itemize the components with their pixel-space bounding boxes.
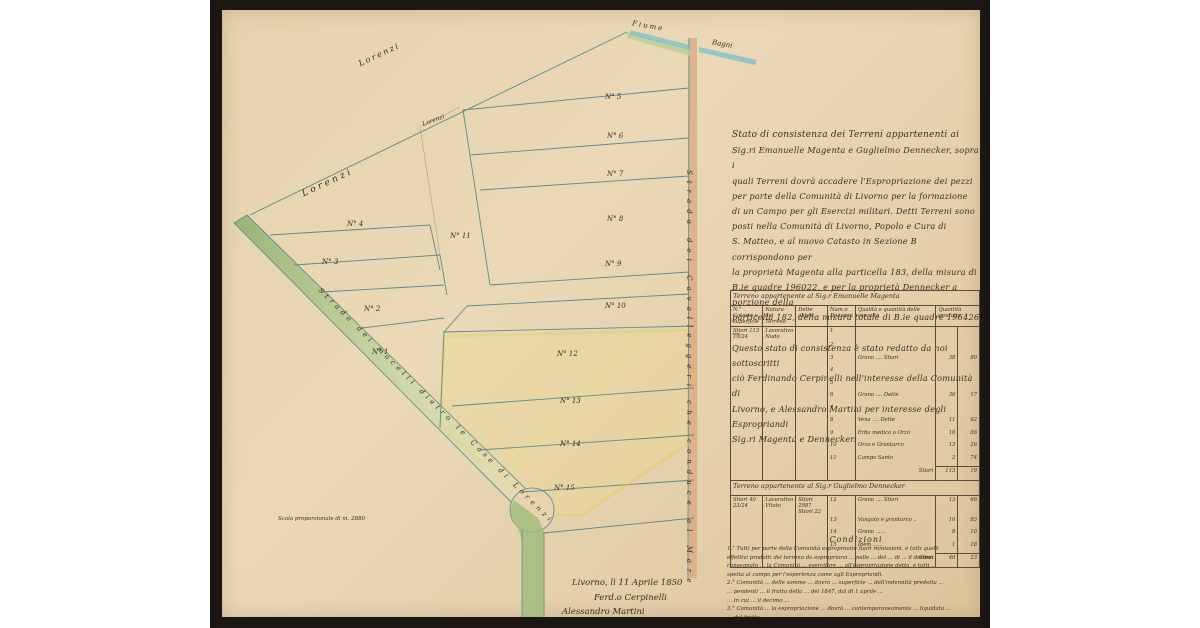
cell-d: 17 xyxy=(958,391,980,404)
property-register-table: Terreno appartenente al Sig.r Emanuelle … xyxy=(730,290,980,568)
description-line: per parte della Comunità di Livorno per … xyxy=(732,189,980,204)
parcel-label: N° 11 xyxy=(450,232,471,240)
col-header: N.° Catasto e superficie xyxy=(731,306,763,327)
cell-natura: Lavorativo Vitato xyxy=(763,495,796,516)
cell-catasto: Stiori 113 19/24 xyxy=(731,327,763,342)
total-d: 19 xyxy=(958,467,980,481)
condition-line: consegnato ... la Comunità ... esercitar… xyxy=(727,562,980,571)
cell-d: 86 xyxy=(958,429,980,442)
parcel-label: N° 4 xyxy=(347,220,363,228)
cell-n: 9 xyxy=(828,429,856,442)
condition-line: 3.° Comunità ... la espropriazione ... d… xyxy=(727,605,980,614)
description-line: posti nella Comunità di Livorno, Popolo … xyxy=(732,219,980,234)
cell-v: 16 xyxy=(936,516,958,529)
cell-n: 3 xyxy=(828,354,856,367)
condition-line: 2.° Comunità ... delle somme ... dovrà .… xyxy=(727,579,980,588)
cell-q: Vangato e granturco .. xyxy=(855,516,936,529)
cell-n: 12 xyxy=(828,495,856,516)
conditions-block: Condizioni 1.° Tutti per parte della Com… xyxy=(727,535,980,617)
parcel-label: N° 13 xyxy=(560,397,581,405)
cell-n: 2 xyxy=(828,341,856,354)
parcel-label: N° 1 xyxy=(372,348,388,356)
parcel-label: N° 14 xyxy=(560,440,581,448)
parcel-label: N° 9 xyxy=(605,260,621,268)
description-line: S. Matteo, e al nuovo Catasto in Sezione… xyxy=(732,234,980,264)
cell-d: 26 xyxy=(958,441,980,454)
cell-n: 6 xyxy=(828,391,856,404)
signature-1: Ferd.o Cerpinelli xyxy=(594,593,667,603)
map-sheet: Lorenzi Lorenzi Lorenzi Fiume Bagni Stra… xyxy=(222,10,980,617)
description-line: Sig.ri Emanuelle Magenta e Guglielmo Den… xyxy=(732,143,980,173)
cell-v: 11 xyxy=(936,416,958,429)
condition-line: effettivi prodotti del terreno da esprop… xyxy=(727,554,980,563)
col-header: Dette abbre... xyxy=(796,306,828,327)
condition-line: spetta al campo per l'esperienza come ag… xyxy=(727,571,980,580)
parcel-label: N° 3 xyxy=(322,258,338,266)
cell-d: 66 xyxy=(958,495,980,516)
parcel-label: N° 5 xyxy=(605,93,621,101)
cell-d: 83 xyxy=(958,516,980,529)
cell-d: 80 xyxy=(958,354,980,367)
register-banner-1: Terreno appartenente al Sig.r Emanuelle … xyxy=(731,291,980,306)
total-label: Stiori xyxy=(855,467,936,481)
col-header: Qualità e quantità delle raccolte xyxy=(855,306,936,327)
description-line: la proprietà Magenta alla particella 183… xyxy=(732,265,980,280)
cell-d: 62 xyxy=(958,416,980,429)
parcel-label: N° 10 xyxy=(605,302,626,310)
cell-n: 11 xyxy=(828,454,856,467)
label-road-vertical: Strada dei Cavalleggeri che conduce al M… xyxy=(685,170,693,588)
description-line: quali Terreni dovrà accadere l'Espropria… xyxy=(732,174,980,189)
scale-note: Scala proporzionale di m. 2880 xyxy=(278,516,365,522)
place-date: Livorno, lì 11 Aprile 1850 xyxy=(572,578,682,588)
cell-q: Campo Santo xyxy=(855,454,936,467)
cell-v: 38 xyxy=(936,354,958,367)
parcel-label: N° 6 xyxy=(607,132,623,140)
col-header: Natura del Terreno xyxy=(763,306,796,327)
parcel-label: N° 2 xyxy=(364,305,380,313)
cell-n: 7 xyxy=(828,404,856,417)
cell-dette: Stiori 2987 Stiori 22 xyxy=(796,495,828,516)
cell-n: 13 xyxy=(828,516,856,529)
parcel-label: N° 12 xyxy=(557,350,578,358)
cell-v: 36 xyxy=(936,391,958,404)
cell-q: Vena .... Dette xyxy=(855,416,936,429)
condition-line: ... pendenti ... il frutto della ... del… xyxy=(727,588,980,597)
cell-n: 10 xyxy=(828,441,856,454)
cell-natura: Lavorativo Nudo xyxy=(763,327,796,342)
register-banner-2: Terreno appartenente al Sig.r Guglielmo … xyxy=(731,480,980,495)
cell-q: Erba medica o Orzo xyxy=(855,429,936,442)
cell-n: 5 xyxy=(828,379,856,392)
condition-line: 1.° Tutti per parte della Comunità espro… xyxy=(727,545,980,554)
cell-q: Grano .... Dette xyxy=(855,391,936,404)
total-v: 113 xyxy=(936,467,958,481)
cell-q xyxy=(855,327,936,342)
cell-d: 74 xyxy=(958,454,980,467)
col-header: Quantità prodotte xyxy=(936,306,980,327)
cell-v: 10 xyxy=(936,429,958,442)
cell-v: 13 xyxy=(936,441,958,454)
parcel-label: N° 15 xyxy=(554,484,575,492)
condition-line: ... in cui ... il decimo ... xyxy=(727,597,980,606)
condition-line: ... del frutto ... xyxy=(727,614,980,617)
signature-2: Alessandro Martini xyxy=(562,607,645,617)
parcel-label: N° 7 xyxy=(607,170,623,178)
cell-n: 8 xyxy=(828,416,856,429)
cell-n: 4 xyxy=(828,366,856,379)
cell-q: Orzo e Granturco xyxy=(855,441,936,454)
conditions-title: Condizioni xyxy=(727,535,980,545)
parcel-label: N° 8 xyxy=(607,215,623,223)
cell-v: 13 xyxy=(936,495,958,516)
cell-v: 2 xyxy=(936,454,958,467)
cell-q: Grano .... Stiori xyxy=(855,354,936,367)
cell-q xyxy=(855,341,936,354)
cell-n: 1 xyxy=(828,327,856,342)
cell-catasto: Stiori 40 23/24 xyxy=(731,495,763,516)
description-line: di un Campo per gli Esercizi militari. D… xyxy=(732,204,980,219)
cell-q: Grano .... Stiori xyxy=(855,495,936,516)
col-header: Num.o Divisioni xyxy=(828,306,856,327)
description-title: Stato di consistenza dei Terreni apparte… xyxy=(732,128,980,143)
